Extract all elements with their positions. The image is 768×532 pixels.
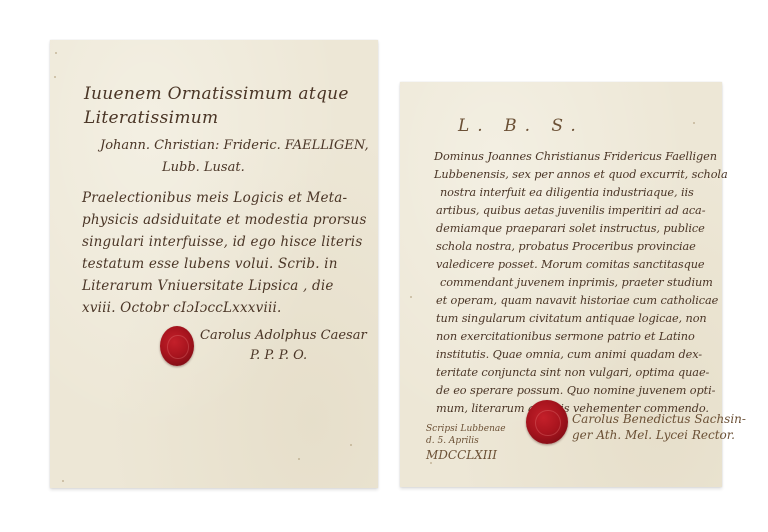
- dateline-day: d. 5. Aprilis: [426, 436, 479, 446]
- body-line: testatum esse lubens volui. Scrib. in: [82, 256, 338, 272]
- body-line: de eo sperare possum. Quo nomine juvenem…: [436, 384, 715, 397]
- recipient-name: Johann. Christian: Frideric. FAELLIGEN,: [100, 138, 369, 153]
- wax-seal: [160, 326, 194, 366]
- body-line: non exercitationibus sermone patrio et L…: [436, 330, 695, 343]
- signature-name: Carolus Benedictus Sachsin-: [572, 412, 746, 426]
- heading-line-2: Literatissimum: [84, 108, 218, 128]
- signature-name: Carolus Adolphus Caesar: [200, 328, 367, 343]
- body-line: institutis. Quae omnia, cum animi quadam…: [436, 348, 702, 361]
- body-line: singulari interfuisse, id ego hisce lite…: [82, 234, 362, 250]
- dateline-year: MDCCLXIII: [426, 448, 497, 462]
- dateline-place: Scripsi Lubbenae: [426, 424, 506, 434]
- wax-seal: [526, 400, 568, 444]
- body-line: artibus, quibus aetas juvenilis imperiti…: [436, 204, 705, 217]
- body-line: tum singularum civitatum antiquae logica…: [436, 312, 707, 325]
- body-line: schola nostra, probatus Proceribus provi…: [436, 240, 696, 253]
- body-line: teritate conjuncta sint non vulgari, opt…: [436, 366, 709, 379]
- certificate-document-left: Iuuenem Ornatissimum atque Literatissimu…: [50, 40, 378, 488]
- body-line: valedicere posset. Morum comitas sanctit…: [436, 258, 705, 271]
- recipient-origin: Lubb. Lusat.: [162, 160, 245, 175]
- body-line: demiamque praeparari solet instructus, p…: [436, 222, 705, 235]
- heading-line-1: Iuuenem Ornatissimum atque: [84, 84, 349, 104]
- signature-title: ger Ath. Mel. Lycei Rector.: [572, 428, 735, 442]
- body-line: Dominus Joannes Christianus Fridericus F…: [434, 150, 717, 163]
- body-line: physicis adsiduitate et modestia prorsus: [82, 212, 367, 228]
- body-line: nostra interfuit ea diligentia industria…: [440, 186, 694, 199]
- body-line: et operam, quam navavit historiae cum ca…: [436, 294, 718, 307]
- signature-title: P. P. P. O.: [250, 348, 307, 363]
- body-line: xviii. Octobr cIɔIɔccLxxxviii.: [82, 300, 282, 316]
- body-line: Praelectionibus meis Logicis et Meta-: [82, 190, 347, 206]
- letter-document-right: L. B. S. Dominus Joannes Christianus Fri…: [400, 82, 722, 487]
- body-line: Lubbenensis, sex per annos et quod excur…: [434, 168, 728, 181]
- body-line: Literarum Vniuersitate Lipsica , die: [82, 278, 334, 294]
- heading-lbs: L. B. S.: [458, 116, 584, 136]
- body-line: commendant juvenem inprimis, praeter stu…: [440, 276, 713, 289]
